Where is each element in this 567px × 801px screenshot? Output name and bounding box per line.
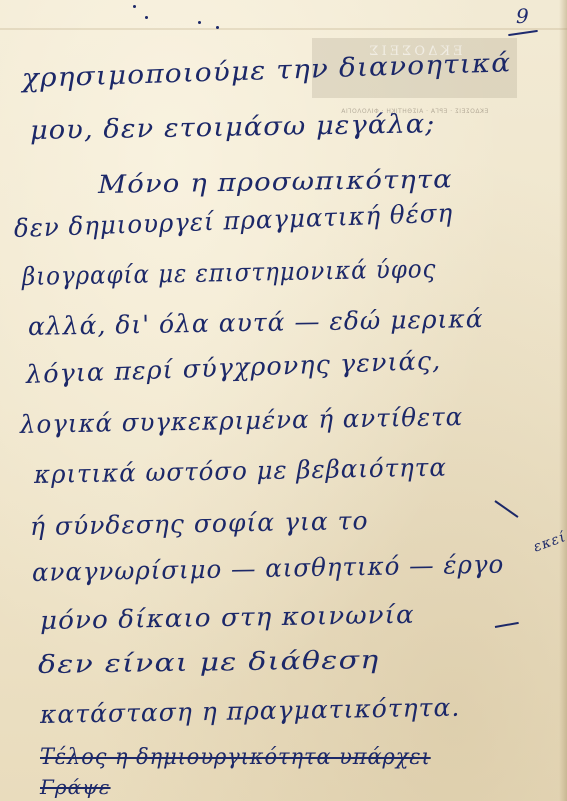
manuscript-line-2: μου, δεν ετοιμάσω μεγάλα; [30,109,436,146]
manuscript-line-11: αναγνωρίσιμο — αισθητικό — έργο [32,550,505,587]
manuscript-line-13: δεν είναι με διάθεση [38,645,380,679]
ink-spot [198,21,201,24]
manuscript-line-8: λογικά συγκεκριμένα ή αντίθετα [20,402,464,439]
manuscript-line-struck-1: Τέλος η δημιουργικότητα υπάρχει [40,745,431,770]
page-number: 9 [516,4,529,28]
ink-spot [133,5,136,8]
manuscript-line-4: δεν δημιουργεί πραγματική θέση [14,198,454,243]
ink-spot [216,26,219,29]
page-number-underline [508,30,538,36]
margin-arrow [495,622,519,628]
manuscript-line-12: μόνο δίκαιο στη κοινωνία [40,600,415,635]
manuscript-line-14: κατάσταση η πραγματικότητα. [40,693,461,729]
manuscript-page: ΕΚΔΟΣΕΙΣ ΕΚΔΟΣΕΙΣ · ΕΡΓΑ · ΑΙΣΘΗΤΙΚΗ · Φ… [0,0,567,801]
manuscript-line-10: ή σύνδεσης σοφία για το [30,506,369,541]
manuscript-line-5: βιογραφία με επιστημονικά ύφος [22,254,437,291]
manuscript-line-9: κριτικά ωστόσο με βεβαιότητα [34,453,447,489]
manuscript-line-7: λόγια περί σύγχρονης γενιάς, [25,346,441,389]
manuscript-line-3: Μόνο η προσωπικότητα [98,164,453,199]
manuscript-line-struck-2: Γράψε [40,775,111,799]
paper-fold-crease [0,28,567,30]
manuscript-line-6: αλλά, δι' όλα αυτά — εδώ μερικά [28,304,484,341]
ink-spot [145,16,148,19]
page-edge-shadow [559,0,567,801]
margin-arrow [494,500,518,518]
